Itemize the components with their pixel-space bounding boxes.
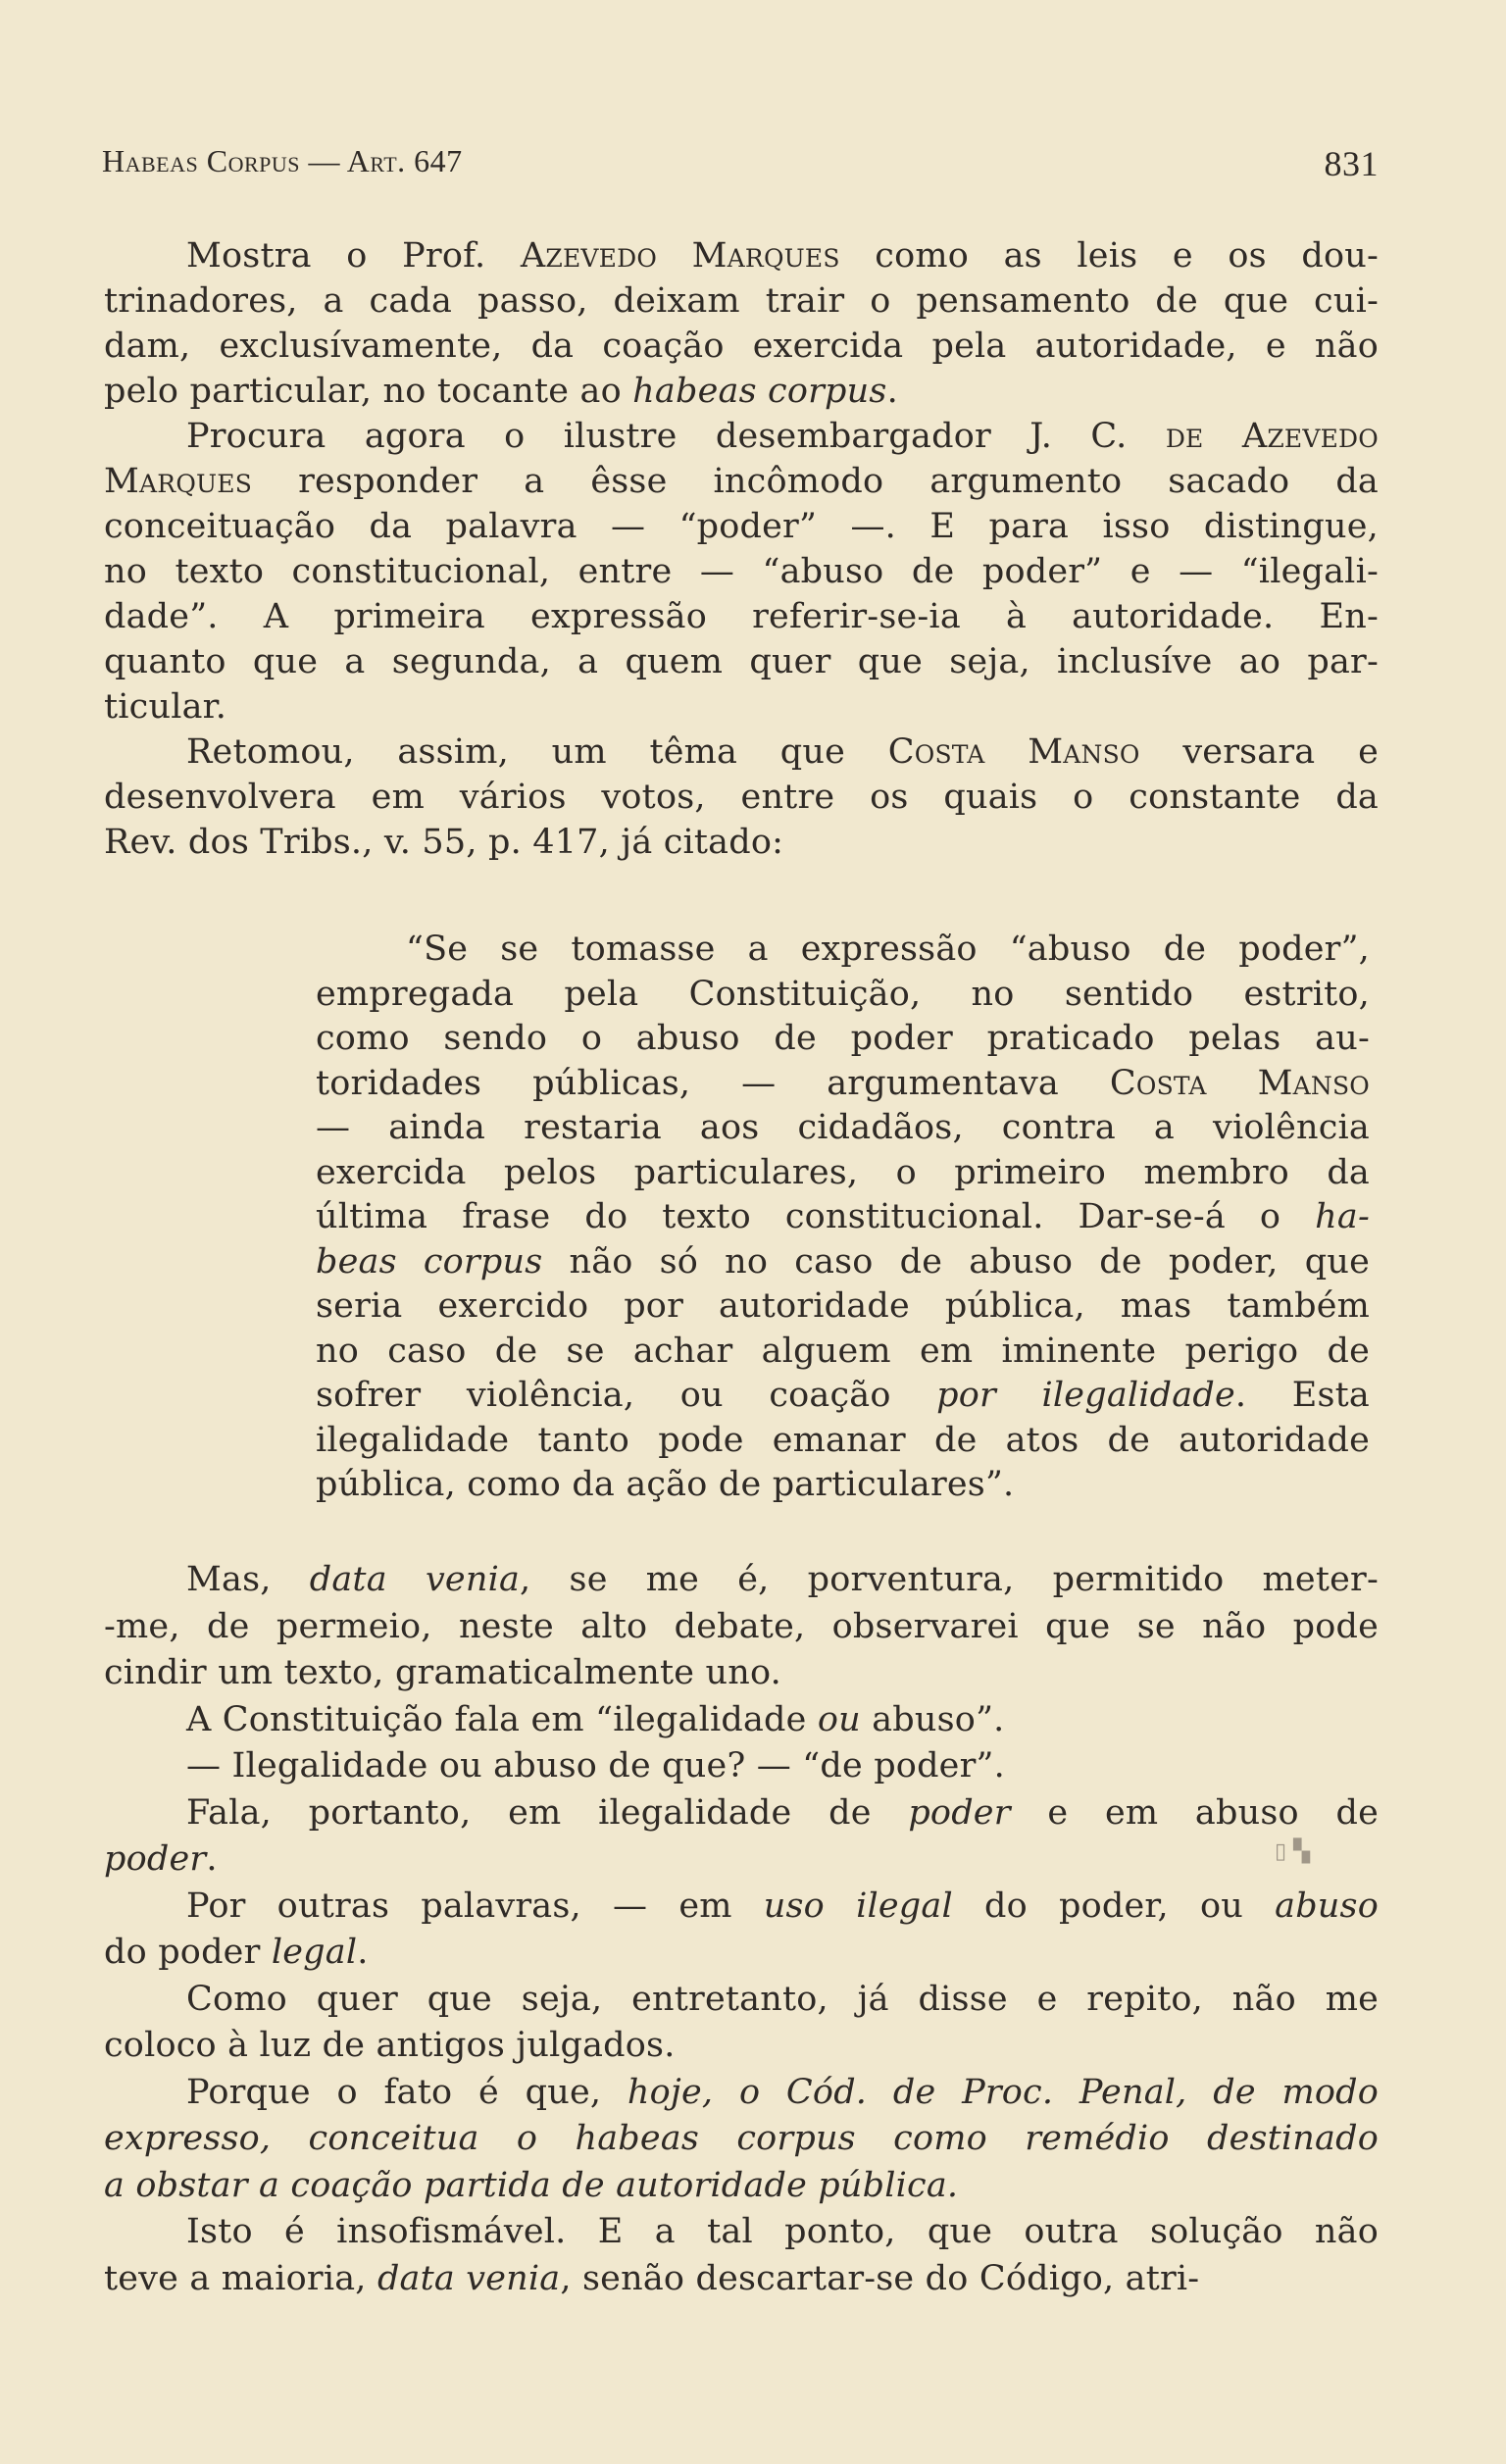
text-line: no texto constitucional, entre — “abuso … <box>104 549 1379 594</box>
body-text-top: Mostra o Prof. Azevedo Marques como as l… <box>104 233 1379 865</box>
running-head: Habeas Corpus — Art. 647 831 <box>102 143 1379 182</box>
italic-text: poder <box>908 1793 1010 1833</box>
text-line: Como quer que seja, entretanto, já disse… <box>104 1977 1379 2024</box>
page-number: 831 <box>1325 143 1380 184</box>
small-caps-name: de Azevedo <box>1166 417 1379 456</box>
text-line: Porque o fato é que, hoje, o Cód. de Pro… <box>104 2070 1379 2117</box>
text-line: como sendo o abuso de poder praticado pe… <box>316 1017 1370 1062</box>
text-line: no caso de se achar alguem em iminente p… <box>316 1330 1370 1375</box>
paragraph: Mas, data venia, se me é, porventura, pe… <box>104 1557 1379 1697</box>
paragraph: Fala, portanto, em ilegalidade de poder … <box>104 1790 1379 1884</box>
running-title: Habeas Corpus — Art. 647 <box>102 143 463 179</box>
small-caps-name: Azevedo Marques <box>521 236 840 276</box>
text-line: do poder legal. <box>104 1930 1379 1977</box>
text-line: Fala, portanto, em ilegalidade de poder … <box>104 1790 1379 1837</box>
italic-text: habeas corpus <box>632 372 886 411</box>
text-line: a obstar a coação partida de autoridade … <box>104 2163 1379 2210</box>
italic-text: uso ilegal <box>764 1886 953 1926</box>
quote-paragraph: “Se se tomasse a expressão “abuso de pod… <box>316 928 1370 1508</box>
small-caps-name: Costa Manso <box>1110 1064 1370 1103</box>
paragraph: A Constituição fala em “ilegalidade ou a… <box>104 1697 1379 1744</box>
text-line: pública, como da ação de particulares”. <box>316 1463 1370 1508</box>
small-caps-name: Costa Manso <box>888 732 1140 772</box>
text-line: trinadores, a cada passo, deixam trair o… <box>104 278 1379 324</box>
print-smudge: ▯ ▚ <box>1275 1839 1353 1869</box>
paragraph: Retomou, assim, um têma que Costa Manso … <box>104 729 1379 865</box>
text-line: beas corpus não só no caso de abuso de p… <box>316 1240 1370 1285</box>
text-line: sofrer violência, ou coação por ilegalid… <box>316 1374 1370 1419</box>
paragraph: Como quer que seja, entretanto, já disse… <box>104 1977 1379 2070</box>
text-line: Isto é insofismável. E a tal ponto, que … <box>104 2209 1379 2256</box>
text-line: Mostra o Prof. Azevedo Marques como as l… <box>104 233 1379 278</box>
text-line: exercida pelos particulares, o primeiro … <box>316 1151 1370 1196</box>
text-line: teve a maioria, data venia, senão descar… <box>104 2256 1379 2303</box>
text-line: — Ilegalidade ou abuso de que? — “de pod… <box>104 1743 1379 1790</box>
italic-text: ha- <box>1315 1197 1370 1236</box>
text-line: conceituação da palavra — “poder” —. E p… <box>104 504 1379 549</box>
text-line: ticular. <box>104 684 1379 729</box>
paragraph: Procura agora o ilustre desembargador J.… <box>104 414 1379 729</box>
paragraph: — Ilegalidade ou abuso de que? — “de pod… <box>104 1743 1379 1790</box>
text-line: cindir um texto, gramaticalmente uno. <box>104 1650 1379 1697</box>
text-line: quanto que a segunda, a quem quer que se… <box>104 639 1379 684</box>
paragraph: Mostra o Prof. Azevedo Marques como as l… <box>104 233 1379 414</box>
text-line: empregada pela Constituição, no sentido … <box>316 973 1370 1018</box>
text-line: coloco à luz de antigos julgados. <box>104 2023 1379 2070</box>
text-line: ilegalidade tanto pode emanar de atos de… <box>316 1419 1370 1464</box>
italic-text: data venia <box>310 1560 520 1599</box>
text-line: Por outras palavras, — em uso ilegal do … <box>104 1884 1379 1931</box>
text-line: Marques responder a êsse incômodo argume… <box>104 459 1379 504</box>
text-line: última frase do texto constitucional. Da… <box>316 1195 1370 1240</box>
text-line: Rev. dos Tribs., v. 55, p. 417, já citad… <box>104 820 1379 865</box>
text-line: pelo particular, no tocante ao habeas co… <box>104 369 1379 414</box>
italic-text: ou <box>818 1700 861 1739</box>
block-quote: “Se se tomasse a expressão “abuso de pod… <box>316 928 1370 1508</box>
body-text-bottom: Mas, data venia, se me é, porventura, pe… <box>104 1557 1379 2302</box>
text-line: dam, exclusívamente, da coação exercida … <box>104 324 1379 369</box>
italic-text: a obstar a coação partida de autoridade … <box>104 2166 958 2205</box>
paragraph: Isto é insofismável. E a tal ponto, que … <box>104 2209 1379 2302</box>
italic-text: expresso, conceitua o habeas corpus como… <box>104 2119 1379 2158</box>
small-caps-name: Marques <box>104 462 252 501</box>
text-line: toridades públicas, — argumentava Costa … <box>316 1062 1370 1107</box>
text-line: Mas, data venia, se me é, porventura, pe… <box>104 1557 1379 1604</box>
paragraph: Por outras palavras, — em uso ilegal do … <box>104 1884 1379 1977</box>
italic-text: por ilegalidade <box>936 1376 1235 1415</box>
italic-text: data venia <box>377 2259 560 2298</box>
italic-text: abuso <box>1275 1886 1379 1926</box>
book-page: Habeas Corpus — Art. 647 831 Mostra o Pr… <box>0 0 1506 2464</box>
italic-text: legal <box>272 1933 357 1972</box>
text-line: seria exercido por autoridade pública, m… <box>316 1284 1370 1330</box>
italic-text: beas corpus <box>316 1242 542 1282</box>
text-line: dade”. A primeira expressão referir-se-i… <box>104 594 1379 639</box>
text-line: A Constituição fala em “ilegalidade ou a… <box>104 1697 1379 1744</box>
text-line: expresso, conceitua o habeas corpus como… <box>104 2116 1379 2163</box>
paragraph: Porque o fato é que, hoje, o Cód. de Pro… <box>104 2070 1379 2210</box>
text-line: poder. <box>104 1836 1379 1884</box>
text-line: “Se se tomasse a expressão “abuso de pod… <box>316 928 1370 973</box>
text-line: -me, de permeio, neste alto debate, obse… <box>104 1604 1379 1651</box>
text-line: desenvolvera em vários votos, entre os q… <box>104 775 1379 820</box>
text-line: Procura agora o ilustre desembargador J.… <box>104 414 1379 459</box>
italic-text: poder <box>104 1839 206 1879</box>
italic-text: hoje, o Cód. de Proc. Penal, de modo <box>627 2073 1379 2112</box>
text-line: — ainda restaria aos cidadãos, contra a … <box>316 1106 1370 1151</box>
text-line: Retomou, assim, um têma que Costa Manso … <box>104 729 1379 775</box>
